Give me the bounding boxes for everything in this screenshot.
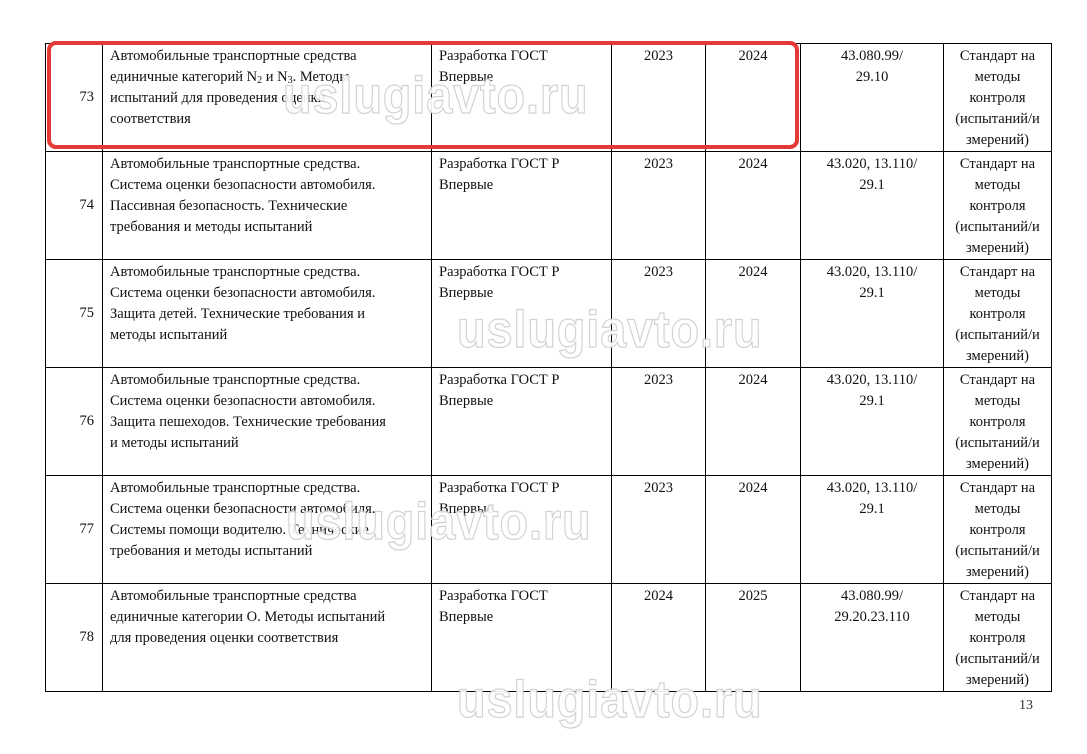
classification-codes: 43.020, 13.110/29.1 [801, 260, 944, 368]
cell-line: Разработка ГОСТ Р [439, 262, 605, 283]
cell-line: Впервые [439, 499, 605, 520]
cell-line: 43.020, 13.110/ [801, 262, 943, 283]
cell-line: 29.10 [801, 67, 943, 88]
cell-line: методы [944, 175, 1051, 196]
table-row: 78Автомобильные транспортные средстваеди… [46, 584, 1052, 692]
development-type: Разработка ГОСТ РВпервые [432, 260, 612, 368]
start-year: 2024 [612, 584, 706, 692]
cell-line: 29.1 [801, 175, 943, 196]
cell-line: 43.020, 13.110/ [801, 154, 943, 175]
cell-line: (испытаний/и [944, 649, 1051, 670]
end-year: 2024 [706, 260, 801, 368]
cell-line: методы [944, 283, 1051, 304]
cell-line: Автомобильные транспортные средства. [110, 370, 425, 391]
cell-line: Впервые [439, 67, 605, 88]
cell-line: контроля [944, 628, 1051, 649]
development-type: Разработка ГОСТ РВпервые [432, 476, 612, 584]
cell-line: Система оценки безопасности автомобиля. [110, 499, 425, 520]
table-row: 77Автомобильные транспортные средства.Си… [46, 476, 1052, 584]
row-number: 77 [46, 476, 103, 584]
start-year: 2023 [612, 368, 706, 476]
cell-line: (испытаний/и [944, 433, 1051, 454]
row-number: 75 [46, 260, 103, 368]
cell-line: Разработка ГОСТ [439, 46, 605, 67]
row-number: 78 [46, 584, 103, 692]
cell-line: методы [944, 499, 1051, 520]
cell-line: 43.080.99/ [801, 586, 943, 607]
development-type: Разработка ГОСТ РВпервые [432, 368, 612, 476]
cell-line: единичные категории О. Методы испытаний [110, 607, 425, 628]
classification-codes: 43.020, 13.110/29.1 [801, 476, 944, 584]
cell-line: Система оценки безопасности автомобиля. [110, 283, 425, 304]
row-number: 74 [46, 152, 103, 260]
standards-table: 73Автомобильные транспортные средстваеди… [45, 43, 1052, 692]
start-year: 2023 [612, 476, 706, 584]
development-type: Разработка ГОСТВпервые [432, 584, 612, 692]
cell-line: Разработка ГОСТ Р [439, 370, 605, 391]
cell-line: (испытаний/и [944, 541, 1051, 562]
cell-line: (испытаний/и [944, 217, 1051, 238]
cell-line: Защита пешеходов. Технические требования [110, 412, 425, 433]
cell-line: змерений) [944, 454, 1051, 475]
standard-type: Стандарт наметодыконтроля(испытаний/изме… [944, 152, 1052, 260]
cell-line: 43.020, 13.110/ [801, 478, 943, 499]
cell-line: Автомобильные транспортные средства. [110, 154, 425, 175]
end-year: 2024 [706, 152, 801, 260]
cell-line: змерений) [944, 670, 1051, 691]
cell-line: требования и методы испытаний [110, 217, 425, 238]
table-row: 76Автомобильные транспортные средства.Си… [46, 368, 1052, 476]
table-row: 75Автомобильные транспортные средства.Си… [46, 260, 1052, 368]
cell-line: Стандарт на [944, 478, 1051, 499]
end-year: 2024 [706, 44, 801, 152]
cell-line: 29.20.23.110 [801, 607, 943, 628]
standard-title: Автомобильные транспортные средстваедини… [103, 44, 432, 152]
cell-line: (испытаний/и [944, 325, 1051, 346]
end-year: 2025 [706, 584, 801, 692]
cell-line: методы [944, 607, 1051, 628]
cell-line: 29.1 [801, 283, 943, 304]
cell-line: (испытаний/и [944, 109, 1051, 130]
cell-line: змерений) [944, 346, 1051, 367]
standard-type: Стандарт наметодыконтроля(испытаний/изме… [944, 584, 1052, 692]
cell-line: контроля [944, 520, 1051, 541]
cell-line: контроля [944, 412, 1051, 433]
cell-line: Системы помощи водителю. Технические [110, 520, 425, 541]
cell-line: Автомобильные транспортные средства. [110, 478, 425, 499]
cell-line: 43.020, 13.110/ [801, 370, 943, 391]
start-year: 2023 [612, 152, 706, 260]
cell-line: Разработка ГОСТ [439, 586, 605, 607]
standard-type: Стандарт наметодыконтроля(испытаний/изме… [944, 476, 1052, 584]
table-row: 74Автомобильные транспортные средства.Си… [46, 152, 1052, 260]
cell-line: змерений) [944, 130, 1051, 151]
standard-type: Стандарт наметодыконтроля(испытаний/изме… [944, 44, 1052, 152]
standard-title: Автомобильные транспортные средстваедини… [103, 584, 432, 692]
end-year: 2024 [706, 476, 801, 584]
standard-title: Автомобильные транспортные средства.Сист… [103, 368, 432, 476]
standard-title: Автомобильные транспортные средства.Сист… [103, 260, 432, 368]
table-row: 73Автомобильные транспортные средстваеди… [46, 44, 1052, 152]
development-type: Разработка ГОСТ РВпервые [432, 152, 612, 260]
cell-line: Защита детей. Технические требования и [110, 304, 425, 325]
classification-codes: 43.020, 13.110/29.1 [801, 152, 944, 260]
cell-line: методы [944, 391, 1051, 412]
cell-line: Впервые [439, 283, 605, 304]
cell-line: требования и методы испытаний [110, 541, 425, 562]
cell-line: Впервые [439, 391, 605, 412]
cell-line: Разработка ГОСТ Р [439, 154, 605, 175]
cell-line: Впервые [439, 607, 605, 628]
cell-line: Впервые [439, 175, 605, 196]
standard-type: Стандарт наметодыконтроля(испытаний/изме… [944, 260, 1052, 368]
development-type: Разработка ГОСТВпервые [432, 44, 612, 152]
cell-line: контроля [944, 196, 1051, 217]
cell-line: Стандарт на [944, 370, 1051, 391]
cell-line: контроля [944, 88, 1051, 109]
cell-line: Стандарт на [944, 46, 1051, 67]
start-year: 2023 [612, 44, 706, 152]
cell-line: и методы испытаний [110, 433, 425, 454]
cell-line: Стандарт на [944, 262, 1051, 283]
classification-codes: 43.080.99/29.20.23.110 [801, 584, 944, 692]
cell-line: Автомобильные транспортные средства. [110, 262, 425, 283]
cell-line: контроля [944, 304, 1051, 325]
cell-line: для проведения оценки соответствия [110, 628, 425, 649]
cell-line: Стандарт на [944, 586, 1051, 607]
end-year: 2024 [706, 368, 801, 476]
cell-line: 29.1 [801, 499, 943, 520]
cell-line: Автомобильные транспортные средства [110, 586, 425, 607]
cell-line: Стандарт на [944, 154, 1051, 175]
cell-line: 43.080.99/ [801, 46, 943, 67]
classification-codes: 43.020, 13.110/29.1 [801, 368, 944, 476]
classification-codes: 43.080.99/29.10 [801, 44, 944, 152]
cell-line: Система оценки безопасности автомобиля. [110, 175, 425, 196]
cell-line: методы испытаний [110, 325, 425, 346]
standard-title: Автомобильные транспортные средства.Сист… [103, 476, 432, 584]
page-number: 13 [1019, 698, 1033, 714]
cell-line: змерений) [944, 562, 1051, 583]
cell-line: змерений) [944, 238, 1051, 259]
standard-title: Автомобильные транспортные средства.Сист… [103, 152, 432, 260]
start-year: 2023 [612, 260, 706, 368]
cell-line: 29.1 [801, 391, 943, 412]
standard-type: Стандарт наметодыконтроля(испытаний/изме… [944, 368, 1052, 476]
cell-line: методы [944, 67, 1051, 88]
row-number: 76 [46, 368, 103, 476]
cell-line: Система оценки безопасности автомобиля. [110, 391, 425, 412]
cell-line: Пассивная безопасность. Технические [110, 196, 425, 217]
row-number: 73 [46, 44, 103, 152]
cell-line: Разработка ГОСТ Р [439, 478, 605, 499]
